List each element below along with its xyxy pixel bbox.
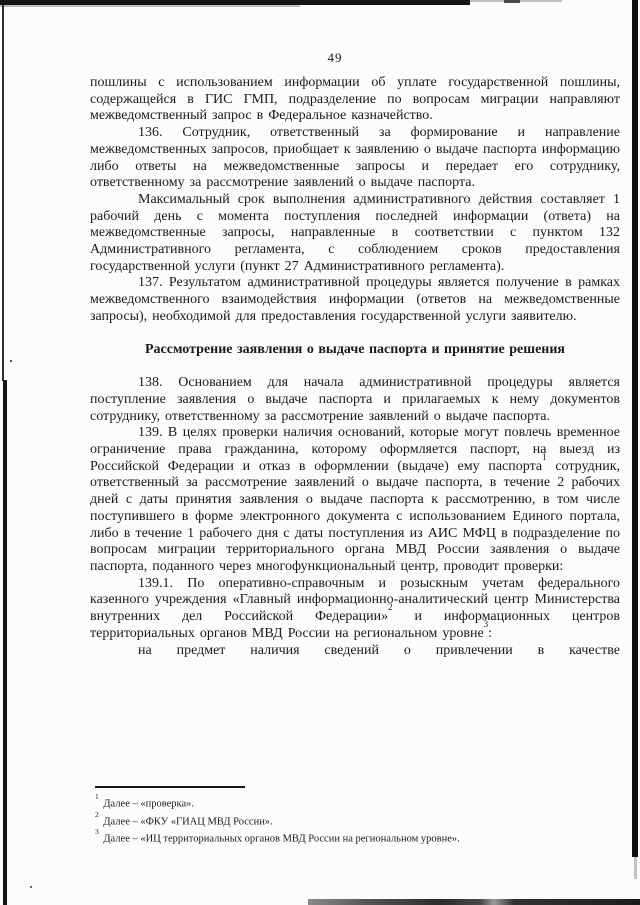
page-number: 49 bbox=[85, 50, 585, 66]
text-run: 136. Сотрудник, ответственный за формиро… bbox=[90, 125, 620, 190]
scan-edge-right bbox=[632, 0, 638, 857]
footnote-separator bbox=[95, 786, 245, 788]
scanned-document-page: 49 пошлины с использованием информации о… bbox=[0, 0, 640, 905]
scan-edge-right-tail bbox=[634, 857, 637, 879]
paragraph: 139. В целях проверки наличия оснований,… bbox=[90, 425, 620, 575]
text-run: пошлины с использованием информации об у… bbox=[90, 75, 620, 123]
footnote: 2 Далее – «ФКУ «ГИАЦ МВД России». bbox=[95, 811, 575, 829]
footnote-marker: 2 bbox=[95, 810, 99, 819]
paragraph: 138. Основанием для начала административ… bbox=[90, 375, 620, 425]
paragraph: 137. Результатом административной процед… bbox=[90, 275, 620, 325]
footnote-text: Далее – «ИЦ территориальных органов МВД … bbox=[101, 834, 460, 845]
text-run: Максимальный срок выполнения администрат… bbox=[90, 192, 620, 274]
text-run: : bbox=[488, 626, 492, 641]
footnote-text: Далее – «ФКУ «ГИАЦ МВД России». bbox=[101, 816, 273, 827]
scan-speck bbox=[30, 886, 32, 888]
paragraph: пошлины с использованием информации об у… bbox=[90, 75, 620, 125]
scan-edge-top-shadow bbox=[0, 5, 300, 7]
text-run: 137. Результатом административной процед… bbox=[90, 275, 620, 323]
scan-edge-bottom bbox=[308, 899, 640, 905]
text-run: на предмет наличия сведений о привлечени… bbox=[138, 643, 620, 658]
scan-speck bbox=[10, 360, 12, 362]
paragraph: на предмет наличия сведений о привлечени… bbox=[90, 643, 620, 660]
scan-edge-left-lower bbox=[3, 380, 7, 905]
text-run: 139. В целях проверки наличия оснований,… bbox=[90, 425, 620, 473]
section-heading: Рассмотрение заявления о выдаче паспорта… bbox=[90, 342, 620, 359]
footnote: 1 Далее – «проверка». bbox=[95, 793, 575, 811]
paragraph: 136. Сотрудник, ответственный за формиро… bbox=[90, 125, 620, 192]
footnote-marker: 3 bbox=[95, 827, 99, 836]
footnote-marker: 1 bbox=[95, 792, 99, 801]
footnote-reference: 2 bbox=[388, 602, 393, 612]
footnote-reference: 3 bbox=[484, 619, 489, 629]
scan-edge-top-tail bbox=[470, 0, 562, 2]
footnotes: 1 Далее – «проверка».2 Далее – «ФКУ «ГИА… bbox=[95, 786, 575, 846]
document-body: пошлины с использованием информации об у… bbox=[90, 75, 620, 659]
footnote-reference: 1 bbox=[542, 452, 547, 462]
scan-edge-left-upper bbox=[2, 5, 4, 381]
scan-mark-top bbox=[504, 0, 520, 3]
footnote-list: 1 Далее – «проверка».2 Далее – «ФКУ «ГИА… bbox=[95, 793, 575, 846]
text-run: 138. Основанием для начала административ… bbox=[90, 375, 620, 423]
paragraph: 139.1. По оперативно-справочным и розыск… bbox=[90, 576, 620, 643]
text-run: сотрудник, ответственный за рассмотрение… bbox=[90, 459, 620, 574]
footnote-text: Далее – «проверка». bbox=[101, 799, 194, 810]
footnote: 3 Далее – «ИЦ территориальных органов МВ… bbox=[95, 828, 575, 846]
scan-edge-top bbox=[0, 0, 470, 5]
paragraph: Максимальный срок выполнения администрат… bbox=[90, 192, 620, 276]
